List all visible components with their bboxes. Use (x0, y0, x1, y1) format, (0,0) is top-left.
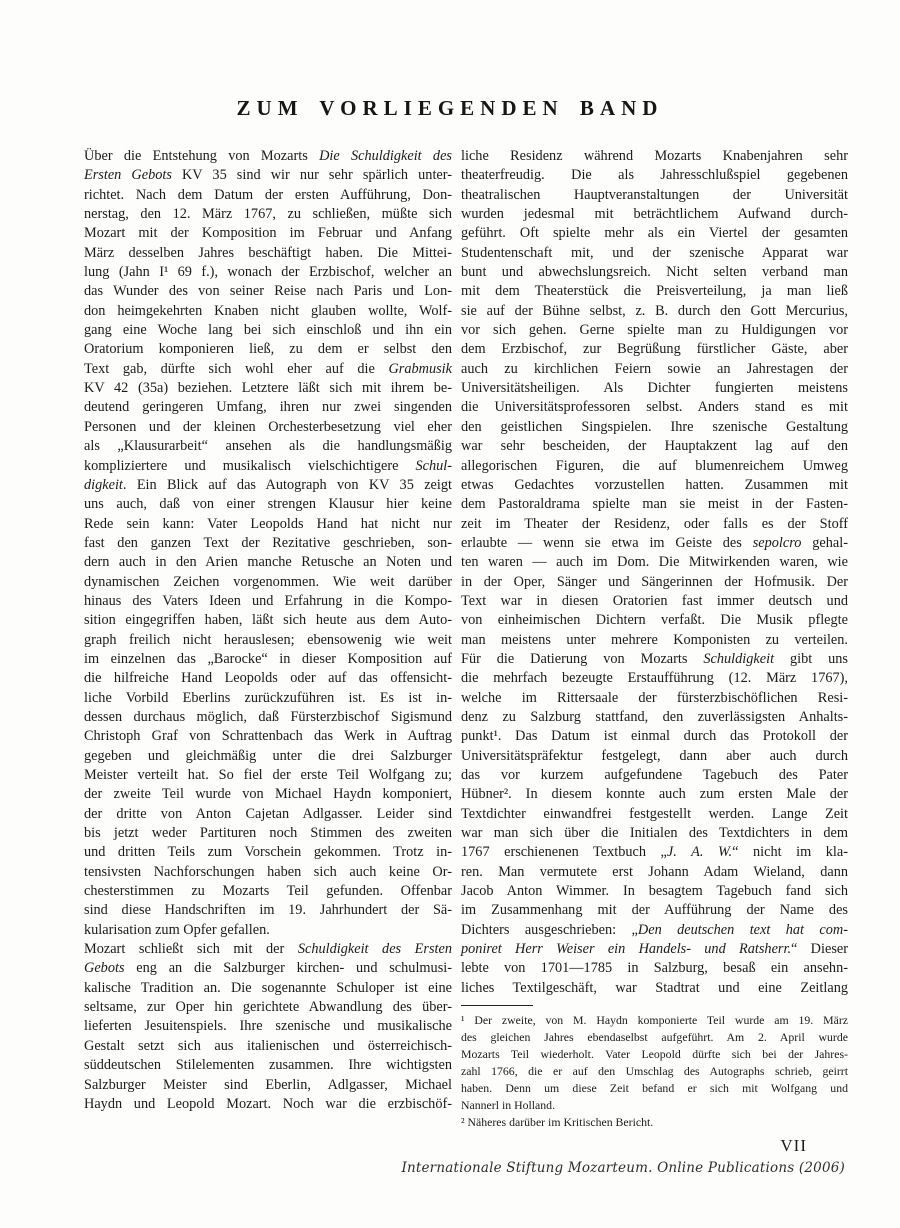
footnote-separator-rule (461, 1005, 533, 1006)
text-line: deutend geringeren Umfang, ihren nur zwe… (84, 398, 452, 417)
text-line: Gebots eng an die Salzburger kirchen- un… (84, 959, 452, 978)
text-line: Mozarts Teil wiederholt. Vater Leopold d… (461, 1046, 848, 1063)
text-line: März desselben Jahres beschäftigt haben.… (84, 244, 452, 263)
text-line: die Universitätsprofessoren selbst. Ande… (461, 398, 848, 417)
text-line: kularisation zum Opfer gefallen. (84, 921, 452, 940)
footnotes-section: ¹ Der zweite, von M. Haydn komponierte T… (461, 1005, 848, 1131)
text-line: Text war in diesen Oratorien fast immer … (461, 592, 848, 611)
text-line: hinaus des Vaters Ideen und Erfahrung in… (84, 592, 452, 611)
text-line: war man sich über die Initialen des Text… (461, 824, 848, 843)
text-line: die hilfreiche Hand Leopolds oder auf da… (84, 669, 452, 688)
text-line: Oratorium komponieren ließ, zu dem er se… (84, 340, 452, 359)
text-line: haben. Denn um diese Zeit befand er sich… (461, 1080, 848, 1097)
text-line: KV 42 (35a) beziehen. Letztere läßt sich… (84, 379, 452, 398)
text-line: wurden jedesmal mit beträchtlichem Aufwa… (461, 205, 848, 224)
text-line: liche Vorbild Eberlins zurückzuführen is… (84, 689, 452, 708)
text-line: sition eingegriffen haben, läßt sich heu… (84, 611, 452, 630)
text-line: tensivsten Nachforschungen haben sich au… (84, 863, 452, 882)
text-line: allegorischen Figuren, die auf blumenrei… (461, 457, 848, 476)
text-line: war sehr bescheiden, der Hauptakzent lag… (461, 437, 848, 456)
text-line: lung (Jahn I¹ 69 f.), wonach der Erzbisc… (84, 263, 452, 282)
text-line: Rede sein kann: Vater Leopolds Hand hat … (84, 515, 452, 534)
footer-credit: Internationale Stiftung Mozarteum. Onlin… (401, 1160, 845, 1176)
text-line: Mozart mit der Komposition im Februar un… (84, 224, 452, 243)
text-line: Dichters ausgeschrieben: „Den deutschen … (461, 921, 848, 940)
text-line: etwas Gedachtes vorzustellen hatten. Zus… (461, 476, 848, 495)
text-line: Studentenschaft mit, und der szenische A… (461, 244, 848, 263)
text-line: liches Textilgeschäft, war Stadtrat und … (461, 979, 848, 998)
text-line: Personen und der kleinen Orchesterbesetz… (84, 418, 452, 437)
right-column: liche Residenz während Mozarts Knabenjah… (461, 147, 848, 1131)
text-line: im Zusammenhang mit der Aufführung der N… (461, 901, 848, 920)
text-line: dynamischen Zeichen vorgenommen. Wie wei… (84, 573, 452, 592)
text-line: graph freilich nicht herauslesen; ebenso… (84, 631, 452, 650)
text-line: sind diese Handschriften im 19. Jahrhund… (84, 901, 452, 920)
text-line: liche Residenz während Mozarts Knabenjah… (461, 147, 848, 166)
text-line: Textdichter einwandfrei festgestellt wer… (461, 805, 848, 824)
text-line: süddeutschen Stilelementen zusammen. Ihr… (84, 1056, 452, 1075)
text-line: gang eine Woche lang bei sich einschloß … (84, 321, 452, 340)
text-line: ¹ Der zweite, von M. Haydn komponierte T… (461, 1012, 848, 1029)
text-line: Meister verteilt hat. So fiel der erste … (84, 766, 452, 785)
text-line: digkeit. Ein Blick auf das Autograph von… (84, 476, 452, 495)
text-line: Ersten Gebots KV 35 sind wir nur sehr sp… (84, 166, 452, 185)
text-line: lebte von 1701—1785 in Salzburg, besaß e… (461, 959, 848, 978)
text-line: ren. Man vermutete erst Johann Adam Wiel… (461, 863, 848, 882)
text-line: man meistens unter mehrere Komponisten z… (461, 631, 848, 650)
text-line: gegeben und gleichmäßig unter die drei S… (84, 747, 452, 766)
text-line: sie auf der Bühne selbst, z. B. durch de… (461, 302, 848, 321)
text-line: seltsame, zur Oper hin gerichtete Abwand… (84, 998, 452, 1017)
text-line: don heimgekehrten Knaben nicht glauben w… (84, 302, 452, 321)
text-line: 1767 erschienenen Textbuch „J. A. W.“ ni… (461, 843, 848, 862)
text-line: theaterfreudig. Die als Jahresschlußspie… (461, 166, 848, 185)
page-number: VII (780, 1136, 807, 1156)
text-line: dessen durchaus möglich, daß Fürsterzbis… (84, 708, 452, 727)
text-line: als „Klausurarbeit“ ansehen als die hand… (84, 437, 452, 456)
right-column-main-text: liche Residenz während Mozarts Knabenjah… (461, 147, 848, 998)
text-line: erlaubte — wenn sie etwa im Geiste des s… (461, 534, 848, 553)
text-line: der dritte von Anton Cajetan Adlgasser. … (84, 805, 452, 824)
text-line: uns auch, daß von einer strengen Klausur… (84, 495, 452, 514)
text-line: fast den ganzen Text der Rezitative gesc… (84, 534, 452, 553)
text-line: punkt¹. Das Datum ist einmal durch das P… (461, 727, 848, 746)
text-line: Haydn und Leopold Mozart. Noch war die e… (84, 1095, 452, 1114)
text-line: das vor kurzem aufgefundene Tagebuch des… (461, 766, 848, 785)
text-line: zahl 1766, die er auf den Umschlag des A… (461, 1063, 848, 1080)
text-line: lieferten Jesuitenspiels. Ihre szenische… (84, 1017, 452, 1036)
text-line: mit dem Theaterstück die Preisverteilung… (461, 282, 848, 301)
text-line: Gestalt setzt sich aus italienischen und… (84, 1037, 452, 1056)
text-line: ² Näheres darüber im Kritischen Bericht. (461, 1114, 848, 1131)
text-line: Über die Entstehung von Mozarts Die Schu… (84, 147, 452, 166)
text-line: dem Pastoraldrama spielte man sie meist … (461, 495, 848, 514)
text-line: Jacob Anton Wimmer. In besagtem Tagebuch… (461, 882, 848, 901)
text-line: Hübner². In diesem konnte auch zum erste… (461, 785, 848, 804)
text-line: dern auch in den Arien manche Retusche a… (84, 553, 452, 572)
two-column-text-block: Über die Entstehung von Mozarts Die Schu… (84, 147, 848, 1131)
text-line: zeit im Theater der Residenz, oder falls… (461, 515, 848, 534)
text-line: im einzelnen das „Barocke“ in dieser Kom… (84, 650, 452, 669)
text-line: der zweite Teil wurde von Michael Haydn … (84, 785, 452, 804)
text-line: die mehrfach bezeugte Erstaufführung (12… (461, 669, 848, 688)
text-line: auch zu kirchlichen Feiern sowie an Jahr… (461, 360, 848, 379)
text-line: den geistlichen Singspielen. Ihre szenis… (461, 418, 848, 437)
text-line: Universitätspräfektur festgelegt, dann a… (461, 747, 848, 766)
text-line: Nannerl in Holland. (461, 1097, 848, 1114)
left-column: Über die Entstehung von Mozarts Die Schu… (84, 147, 452, 1131)
text-line: Universitätsheiligen. Als Dichter fungie… (461, 379, 848, 398)
document-page: ZUM VORLIEGENDEN BAND Über die Entstehun… (0, 0, 900, 1228)
text-line: Christoph Graf von Schrattenbach das Wer… (84, 727, 452, 746)
footnote-text: ¹ Der zweite, von M. Haydn komponierte T… (461, 1012, 848, 1131)
text-line: dem Erzbischof, zur Begrüßung fürstliche… (461, 340, 848, 359)
text-line: bunt und abwechslungsreich. Nicht selten… (461, 263, 848, 282)
text-line: theatralischen Hauptveranstaltungen der … (461, 186, 848, 205)
text-line: bis jetzt weder Partituren noch Stimmen … (84, 824, 452, 843)
text-line: kalische Tradition an. Die sogenannte Sc… (84, 979, 452, 998)
text-line: geführt. Oft spielte mehr als ein Vierte… (461, 224, 848, 243)
text-line: poniret Herr Weiser ein Handels- und Rat… (461, 940, 848, 959)
text-line: Text gab, dürfte sich wohl eher auf die … (84, 360, 452, 379)
text-line: in der Oper, Sänger und Sängerinnen der … (461, 573, 848, 592)
text-line: kompliziertere und musikalisch vielschic… (84, 457, 452, 476)
text-line: Mozart schließt sich mit der Schuldigkei… (84, 940, 452, 959)
text-line: Für die Datierung von Mozarts Schuldigke… (461, 650, 848, 669)
text-line: Salzburger Meister sind Eberlin, Adlgass… (84, 1076, 452, 1095)
text-line: ten waren — auch im Dom. Die Mitwirkende… (461, 553, 848, 572)
text-line: chesterstimmen zu Mozarts Teil gefunden.… (84, 882, 452, 901)
text-line: denz zu Salzburg stattfand, den zuverläs… (461, 708, 848, 727)
text-line: und dritten Teils zum Vorschein gekommen… (84, 843, 452, 862)
text-line: nerstag, den 12. März 1767, zu schließen… (84, 205, 452, 224)
text-line: des gleichen Jahres ebendaselbst aufgefü… (461, 1029, 848, 1046)
text-line: richtet. Nach dem Datum der ersten Auffü… (84, 186, 452, 205)
text-line: vor sich gehen. Gerne spielte man zu Hul… (461, 321, 848, 340)
text-line: von einheimischen Dichtern verfaßt. Die … (461, 611, 848, 630)
text-line: welche im Rittersaale der fürsterzbischö… (461, 689, 848, 708)
page-title: ZUM VORLIEGENDEN BAND (0, 0, 900, 120)
text-line: das Wunder des von seiner Reise nach Par… (84, 282, 452, 301)
